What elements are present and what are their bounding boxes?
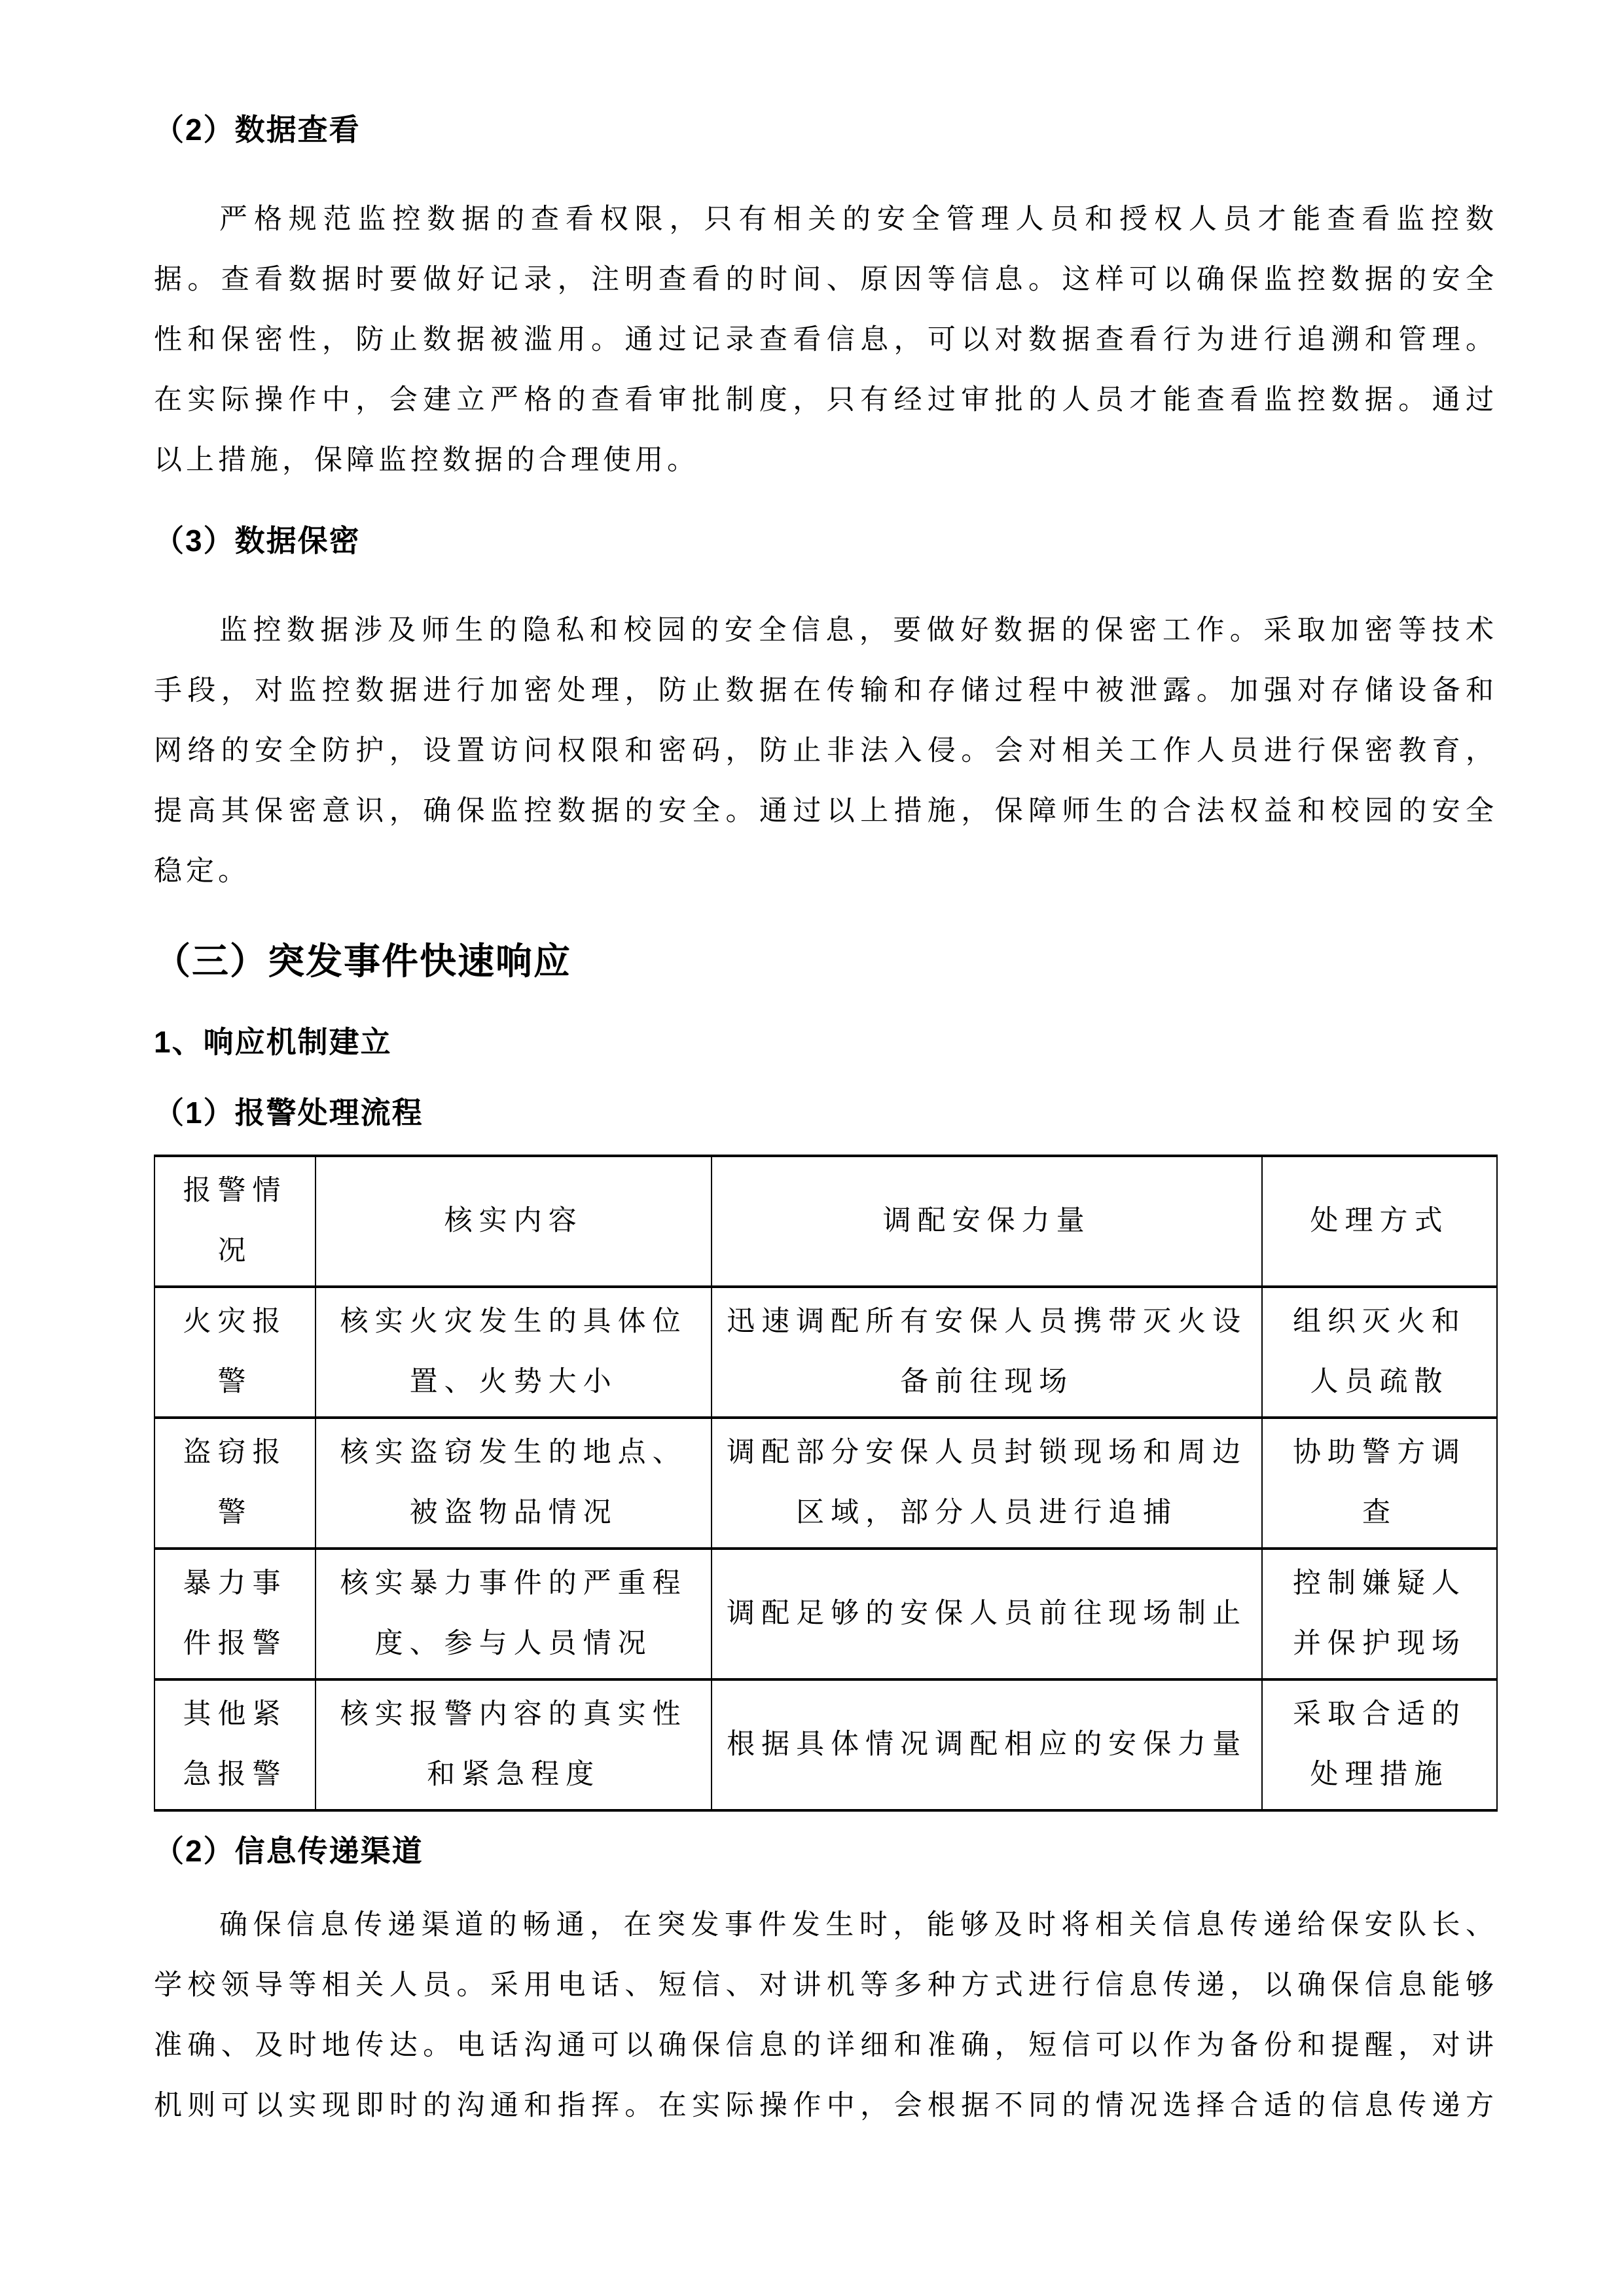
paragraph-line: 确保信息传递渠道的畅通，在突发事件发生时，能够及时将相关信息传递给保安队长、	[154, 1895, 1498, 1956]
paragraph-line: 严格规范监控数据的查看权限，只有相关的安全管理人员和授权人员才能查看监控数	[154, 190, 1498, 250]
alarm-handling-table: 报警情况 核实内容 调配安保力量 处理方式 火灾报警 核实火灾发生的具体位置、火…	[154, 1155, 1498, 1812]
paragraph-line: 性和保密性，防止数据被滥用。通过记录查看信息，可以对数据查看行为进行追溯和管理。	[154, 310, 1498, 370]
table-cell: 核实报警内容的真实性和紧急程度	[316, 1679, 712, 1810]
table-cell: 采取合适的处理措施	[1262, 1679, 1497, 1810]
paragraph-line: 学校领导等相关人员。采用电话、短信、对讲机等多种方式进行信息传递，以确保信息能够	[154, 1956, 1498, 2016]
table-row: 盗窃报警 核实盗窃发生的地点、被盗物品情况 调配部分安保人员封锁现场和周边区域，…	[154, 1418, 1497, 1549]
paragraph-line: 据。查看数据时要做好记录，注明查看的时间、原因等信息。这样可以确保监控数据的安全	[154, 250, 1498, 310]
table-row: 火灾报警 核实火灾发生的具体位置、火势大小 迅速调配所有安保人员携带灭火设备前往…	[154, 1287, 1497, 1418]
table-header-row: 报警情况 核实内容 调配安保力量 处理方式	[154, 1156, 1497, 1287]
table-row: 其他紧急报警 核实报警内容的真实性和紧急程度 根据具体情况调配相应的安保力量 采…	[154, 1679, 1497, 1810]
table-cell: 核实暴力事件的严重程度、参与人员情况	[316, 1549, 712, 1679]
table-cell: 组织灭火和人员疏散	[1262, 1287, 1497, 1418]
paragraph-line: 手段，对监控数据进行加密处理，防止数据在传输和存储过程中被泄露。加强对存储设备和	[154, 661, 1498, 721]
paragraph-line: 稳定。	[154, 842, 1498, 902]
section-heading-emergency-response: （三）突发事件快速响应	[154, 919, 1498, 1004]
paragraph-data-view: 严格规范监控数据的查看权限，只有相关的安全管理人员和授权人员才能查看监控数 据。…	[154, 190, 1498, 491]
table-cell: 火灾报警	[154, 1287, 316, 1418]
document-page: （2）数据查看 严格规范监控数据的查看权限，只有相关的安全管理人员和授权人员才能…	[0, 0, 1624, 2296]
table-cell: 盗窃报警	[154, 1418, 316, 1549]
table-header-cell: 处理方式	[1262, 1156, 1497, 1287]
paragraph-line: 网络的安全防护，设置访问权限和密码，防止非法入侵。会对相关工作人员进行保密教育，	[154, 721, 1498, 781]
paragraph-info-channel: 确保信息传递渠道的畅通，在突发事件发生时，能够及时将相关信息传递给保安队长、 学…	[154, 1895, 1498, 2136]
table-cell: 控制嫌疑人并保护现场	[1262, 1549, 1497, 1679]
paragraph-line: 准确、及时地传达。电话沟通可以确保信息的详细和准确，短信可以作为备份和提醒，对讲	[154, 2016, 1498, 2076]
paragraph-line: 监控数据涉及师生的隐私和校园的安全信息，要做好数据的保密工作。采取加密等技术	[154, 601, 1498, 661]
table-header-cell: 调配安保力量	[712, 1156, 1262, 1287]
paragraph-line: 机则可以实现即时的沟通和指挥。在实际操作中，会根据不同的情况选择合适的信息传递方	[154, 2076, 1498, 2136]
section-heading-data-secrecy: （3）数据保密	[154, 508, 1498, 573]
paragraph-line: 提高其保密意识，确保监控数据的安全。通过以上措施，保障师生的合法权益和校园的安全	[154, 781, 1498, 842]
subsection-heading-alarm-process: （1）报警处理流程	[154, 1080, 1498, 1145]
paragraph-line: 以上措施，保障监控数据的合理使用。	[154, 431, 1498, 491]
section-heading-data-view: （2）数据查看	[154, 97, 1498, 162]
table-cell: 调配部分安保人员封锁现场和周边区域，部分人员进行追捕	[712, 1418, 1262, 1549]
subsection-heading-response-mechanism: 1、响应机制建立	[154, 1009, 1498, 1075]
paragraph-line: 在实际操作中，会建立严格的查看审批制度，只有经过审批的人员才能查看监控数据。通过	[154, 370, 1498, 431]
table-cell: 调配足够的安保人员前往现场制止	[712, 1549, 1262, 1679]
section-heading-info-channel: （2）信息传递渠道	[154, 1818, 1498, 1884]
table-cell: 暴力事件报警	[154, 1549, 316, 1679]
table-header-cell: 核实内容	[316, 1156, 712, 1287]
table-cell: 其他紧急报警	[154, 1679, 316, 1810]
table-row: 暴力事件报警 核实暴力事件的严重程度、参与人员情况 调配足够的安保人员前往现场制…	[154, 1549, 1497, 1679]
table-cell: 核实火灾发生的具体位置、火势大小	[316, 1287, 712, 1418]
paragraph-data-secrecy: 监控数据涉及师生的隐私和校园的安全信息，要做好数据的保密工作。采取加密等技术 手…	[154, 601, 1498, 902]
table-cell: 迅速调配所有安保人员携带灭火设备前往现场	[712, 1287, 1262, 1418]
table-header-cell: 报警情况	[154, 1156, 316, 1287]
table-cell: 协助警方调查	[1262, 1418, 1497, 1549]
table-cell: 根据具体情况调配相应的安保力量	[712, 1679, 1262, 1810]
table-cell: 核实盗窃发生的地点、被盗物品情况	[316, 1418, 712, 1549]
